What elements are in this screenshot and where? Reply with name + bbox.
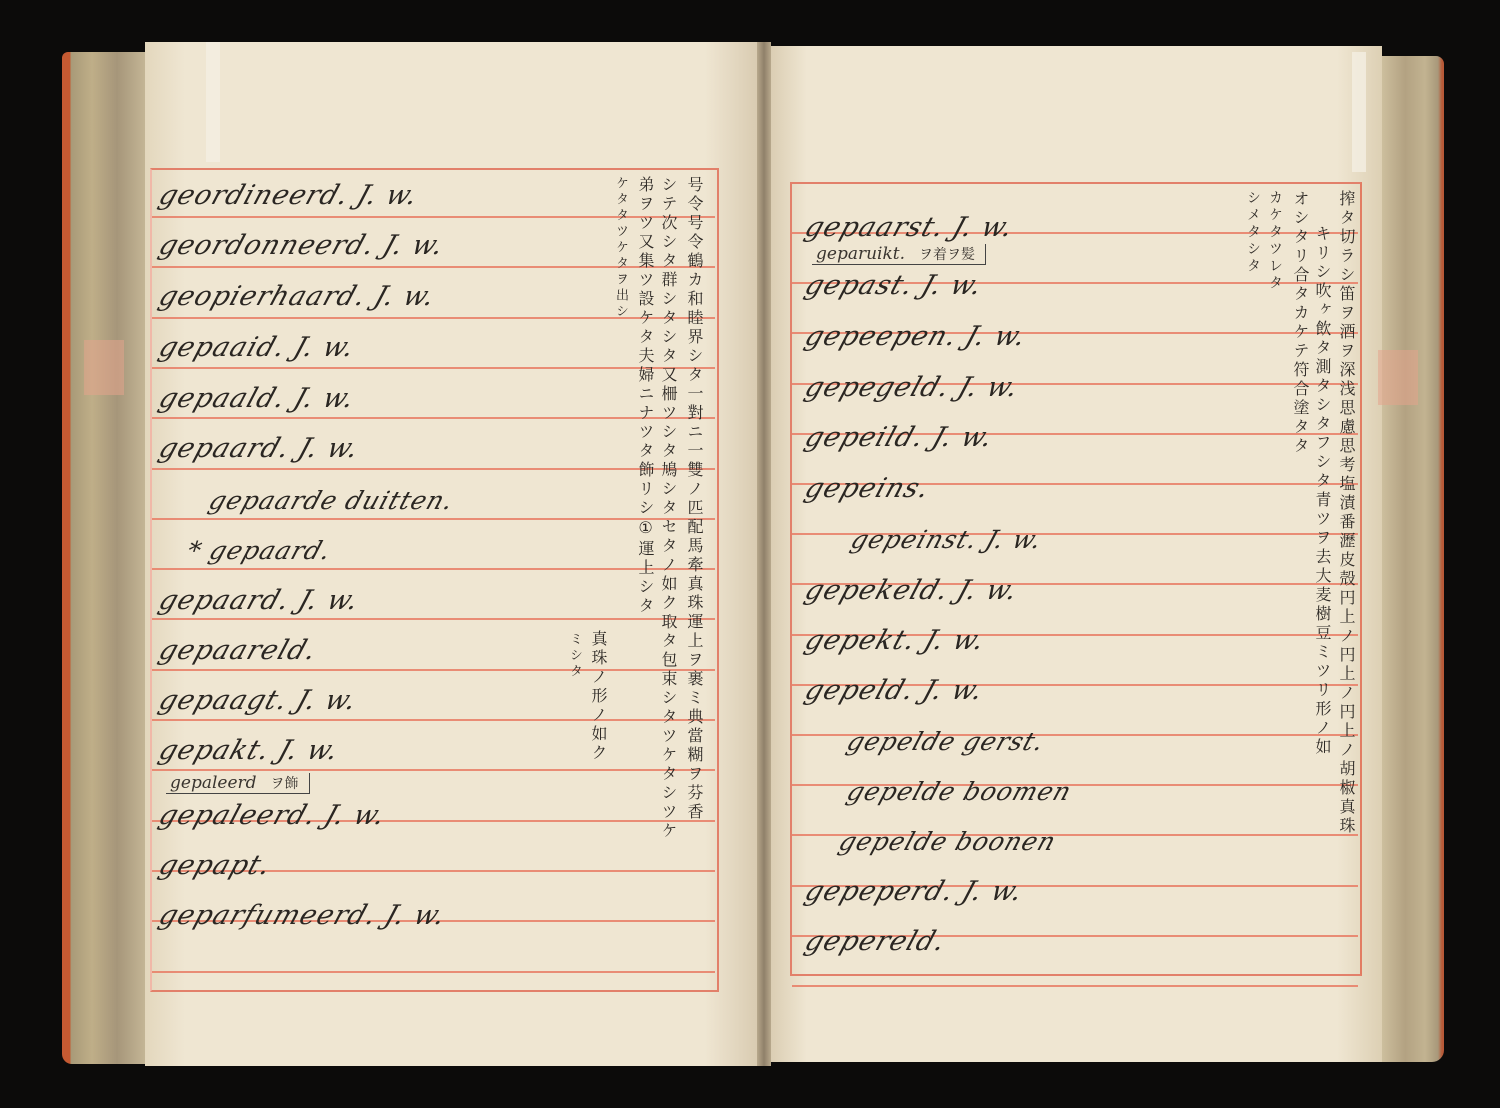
ruled-line: [792, 985, 1358, 987]
japanese-gloss-column: シテ次シタ群シタシタ又柵ツシタ鳩シタセタノ如ク取タ包束シタツケタシツケ: [660, 176, 676, 936]
dictionary-entry: gepapt.: [155, 850, 275, 881]
dictionary-entry: gepaagt. J. w.: [155, 685, 361, 716]
dictionary-entry: gepekeld. J. w.: [801, 575, 1022, 606]
ruled-line: [152, 769, 715, 771]
ruled-line: [152, 518, 715, 520]
dictionary-entry: gepaard. J. w.: [155, 433, 364, 464]
dictionary-entry: geparfumeerd. J. w.: [155, 900, 450, 931]
ruled-line: [152, 618, 715, 620]
japanese-gloss-column: ケタタツケタヲ出シ: [614, 176, 627, 676]
dictionary-entry: gepaleerd. J. w.: [155, 800, 390, 831]
book-gutter: [757, 42, 771, 1066]
japanese-gloss-column: 号令号令鶴カ和睦界シタ一對ニ一雙ノ匹配馬牽真珠運上ヲ裹ミ典當糊ヲ芬香: [686, 176, 702, 956]
torn-paper-right: [1352, 52, 1366, 172]
japanese-gloss-column: オシタリ合タカケテ符合塗タタ: [1292, 190, 1308, 750]
japanese-gloss-column: 弟ヲツ又集ツ設ケタ夫婦ニナツタ飾リシ①運上シタ: [637, 176, 653, 716]
dictionary-entry: gepast. J. w.: [801, 270, 987, 301]
ruled-line: [152, 317, 715, 319]
japanese-gloss-column: 搾タ切ラシ笛ヲ酒ヲ深浅思慮思考塩漬番瀝皮殻円上ノ円上ノ円上ノ胡椒真珠: [1338, 190, 1354, 950]
dictionary-entry: gepeild. J. w.: [801, 422, 998, 453]
ruled-line: [152, 669, 715, 671]
japanese-gloss-column: ミシタ: [568, 632, 581, 692]
note-dutch: geparuikt.: [816, 244, 905, 264]
right-page-edge-stack: [1380, 56, 1444, 1062]
dictionary-subentry: gepeinst. J. w.: [847, 525, 1046, 554]
dictionary-subentry: gepelde boonen: [835, 827, 1060, 856]
dictionary-entry: gepeepen. J. w.: [801, 321, 1031, 352]
note-japanese: ヲ飾: [271, 776, 299, 792]
dictionary-entry: gepaald. J. w.: [155, 383, 359, 414]
dictionary-entry: gepakt. J. w.: [155, 735, 343, 766]
japanese-gloss-column: 真珠ノ形ノ如ク: [590, 630, 606, 760]
dictionary-entry: gepaarst. J. w.: [801, 212, 1018, 243]
ruled-line: [152, 468, 715, 470]
note-japanese: ヲ着ヲ髪: [919, 247, 975, 263]
ruled-line: [152, 216, 715, 218]
dictionary-entry: gepekt. J. w.: [801, 625, 989, 656]
inserted-correction-note: geparuikt.ヲ着ヲ髪: [812, 244, 986, 265]
dictionary-entry: gepaareld.: [155, 635, 321, 666]
index-tab-right: [1378, 350, 1418, 405]
dictionary-entry: geordonneerd. J. w.: [155, 230, 449, 261]
dictionary-entry: gepegeld. J. w.: [801, 372, 1023, 403]
left-page-edge-stack: [62, 52, 152, 1064]
dictionary-entry: geordineerd. J. w.: [155, 180, 423, 211]
japanese-gloss-column: キリシ吹ヶ飲タ測タシタフシタ青ツヲ去大麦樹豆ミツリ形ノ如: [1314, 225, 1330, 945]
dictionary-entry: gepaard. J. w.: [155, 585, 364, 616]
dictionary-entry: gepereld.: [801, 926, 950, 957]
dictionary-entry: gepeperd. J. w.: [801, 876, 1028, 907]
dictionary-entry: geopierhaard. J. w.: [155, 281, 440, 312]
inserted-correction-note: gepaleerdヲ飾: [166, 773, 310, 794]
dictionary-entry: gepeins.: [801, 473, 934, 504]
index-tab-left: [84, 340, 124, 395]
japanese-gloss-column: カケタツレタ: [1268, 190, 1282, 750]
ruled-line: [152, 568, 715, 570]
ruled-line: [152, 266, 715, 268]
dictionary-entry: gepeld. J. w.: [801, 675, 988, 706]
dictionary-subentry: gepelde gerst.: [843, 727, 1048, 756]
japanese-gloss-column: シメタシタ: [1246, 190, 1260, 280]
ruled-line: [152, 719, 715, 721]
ruled-line: [152, 417, 715, 419]
ruled-line: [152, 367, 715, 369]
dictionary-subentry: gepaarde duitten.: [205, 486, 458, 515]
dictionary-entry: gepaaid. J. w.: [155, 332, 359, 363]
ruled-line: [152, 971, 715, 973]
dictionary-subentry: gepelde boomen: [843, 777, 1075, 806]
note-dutch: gepaleerd: [170, 773, 257, 793]
dictionary-subentry: * gepaard.: [183, 536, 335, 565]
torn-paper-left: [206, 42, 220, 162]
